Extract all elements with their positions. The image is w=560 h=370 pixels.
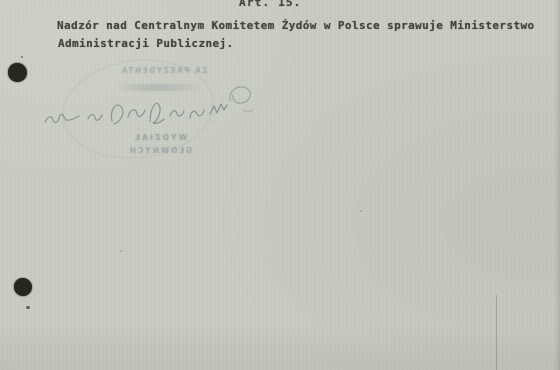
paper-speck xyxy=(360,210,362,212)
article-heading: Art. 15. xyxy=(239,0,302,9)
paper-speck xyxy=(120,250,122,252)
hole-punch-dot xyxy=(8,63,27,82)
stamp-text-line: GŁÓWNYCH xyxy=(110,146,210,155)
handwritten-signature xyxy=(40,76,265,138)
ink-speck xyxy=(26,306,30,309)
paper-crease-line xyxy=(496,295,497,370)
body-text-line: Administracji Publicznej. xyxy=(58,37,234,50)
hole-punch-dot xyxy=(14,278,32,296)
body-text-line: Nadzór nad Centralnym Komitetem Żydów w … xyxy=(57,19,535,32)
ink-speck xyxy=(21,56,23,58)
scanned-document-page: Art. 15. Nadzór nad Centralnym Komitetem… xyxy=(0,0,560,370)
stamp-text-line: ZA PREZYDENTA xyxy=(116,66,212,75)
